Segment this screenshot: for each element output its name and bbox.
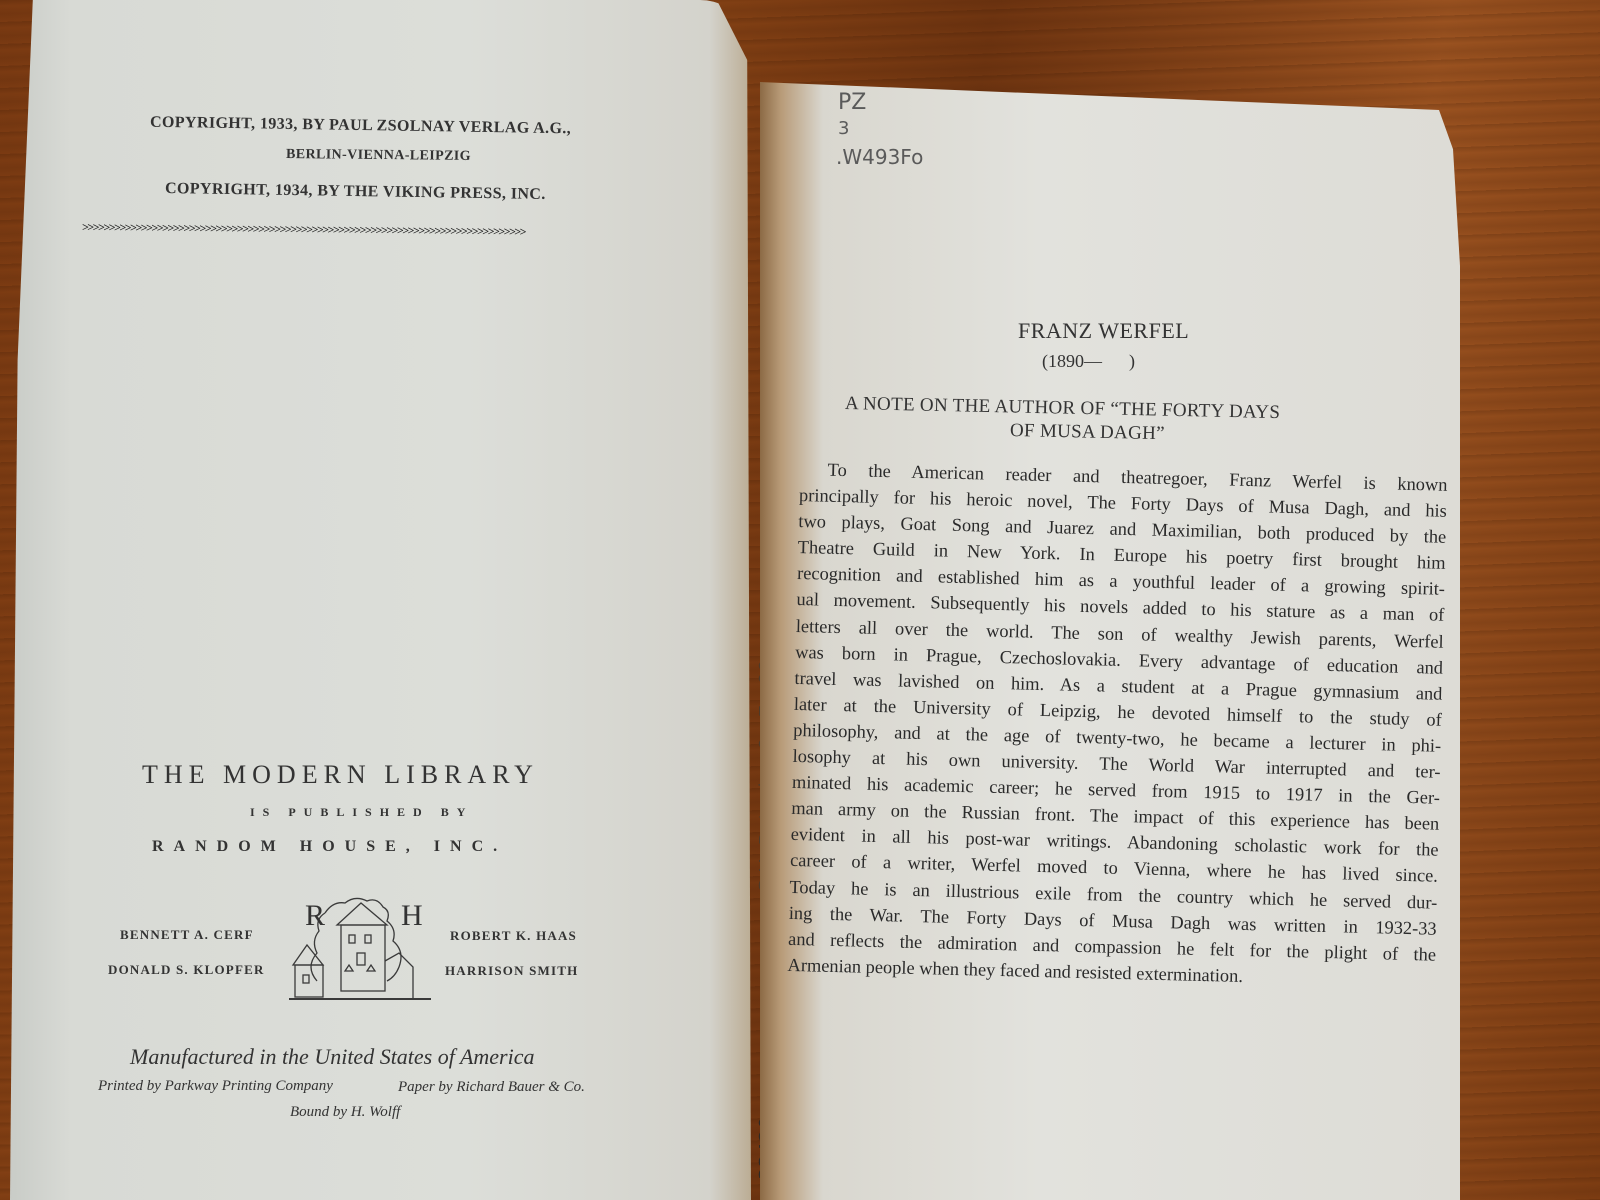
- author-dates: (1890— ): [1042, 351, 1135, 372]
- logo-letter-r: R: [305, 899, 325, 933]
- printer-credit: Printed by Parkway Printing Company: [98, 1078, 333, 1095]
- manufactured-line: Manufactured in the United States of Ame…: [130, 1044, 535, 1070]
- author-note-body: To the American reader and theatregoer, …: [787, 456, 1448, 994]
- note-title-line-2: OF MUSA DAGH”: [1010, 420, 1165, 445]
- random-house-logo: R H: [285, 895, 435, 1007]
- partner-haas: ROBERT K. HAAS: [450, 928, 577, 944]
- copyright-line-2: BERLIN-VIENNA-LEIPZIG: [286, 147, 471, 165]
- left-page: [10, 0, 770, 1200]
- call-number-line-1: PZ: [838, 90, 866, 115]
- partner-smith: HARRISON SMITH: [445, 963, 578, 979]
- author-name: FRANZ WERFEL: [1018, 318, 1189, 344]
- call-number-line-2: 3: [838, 118, 849, 139]
- binder-credit: Bound by H. Wolff: [290, 1104, 400, 1121]
- publisher-name: RANDOM HOUSE, INC.: [152, 838, 507, 856]
- logo-letter-h: H: [401, 899, 423, 933]
- partner-cerf: BENNETT A. CERF: [120, 927, 254, 943]
- partner-klopfer: DONALD S. KLOPFER: [108, 962, 265, 978]
- paper-credit: Paper by Richard Bauer & Co.: [398, 1079, 585, 1096]
- modern-library-title: THE MODERN LIBRARY: [142, 760, 539, 790]
- call-number-line-3: .W493Fo: [836, 145, 923, 169]
- published-by-label: IS PUBLISHED BY: [250, 805, 473, 820]
